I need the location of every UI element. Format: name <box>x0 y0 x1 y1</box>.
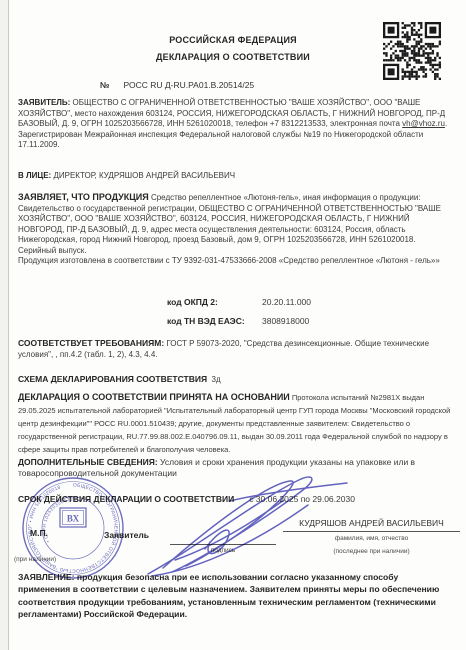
declares-label: ЗАЯВЛЯЕТ, ЧТО ПРОДУКЦИЯ <box>18 192 149 202</box>
in-person-label: В ЛИЦЕ: <box>18 171 51 180</box>
basis-section: ДЕКЛАРАЦИЯ О СООТВЕТСТВИИ ПРИНЯТА НА ОСН… <box>18 391 458 456</box>
applicant-section: ЗАЯВИТЕЛЬ: ОБЩЕСТВО С ОГРАНИЧЕННОЙ ОТВЕТ… <box>18 98 458 151</box>
applicant-text: ОБЩЕСТВО С ОГРАНИЧЕННОЙ ОТВЕТСТВЕННОСТЬЮ… <box>18 98 445 128</box>
compliance-label: СООТВЕТСТВУЕТ ТРЕБОВАНИЯМ: <box>18 338 164 348</box>
signature-applicant-label: Заявитель <box>104 530 149 540</box>
signatory-name-block: КУДРЯШОВ АНДРЕЙ ВАСИЛЬЕВИЧ фамилия, имя,… <box>283 518 460 555</box>
stamp-emblem: ВХ <box>60 508 86 527</box>
declaration-document: РОССИЙСКАЯ ФЕДЕРАЦИЯ ДЕКЛАРАЦИЯ О СООТВЕ… <box>0 0 466 650</box>
declaration-number: РОСС RU Д-RU.РА01.В.20514/25 <box>123 80 254 90</box>
tnved-code-row: код ТН ВЭД ЕАЭС: 3808918000 <box>167 316 309 326</box>
scheme-label: СХЕМА ДЕКЛАРИРОВАНИЯ СООТВЕТСТВИЯ <box>18 374 207 384</box>
validity-label: СРОК ДЕЙСТВИЯ ДЕКЛАРАЦИИ О СООТВЕТСТВИИ <box>18 494 234 504</box>
in-person-text: ДИРЕКТОР, КУДРЯШОВ АНДРЕЙ ВАСИЛЬЕВИЧ <box>51 171 235 180</box>
okpd-label: код ОКПД 2: <box>167 297 262 307</box>
mp-note: (при наличии) <box>14 556 56 563</box>
applicant-registered: Зарегистрирован Межрайонная инспекция Фе… <box>18 130 458 151</box>
name-caption-1: фамилия, имя, отчество <box>283 535 460 542</box>
signatory-name: КУДРЯШОВ АНДРЕЙ ВАСИЛЬЕВИЧ <box>283 518 460 532</box>
declares-serial: Серийный выпуск. <box>18 246 458 257</box>
validity-section: СРОК ДЕЙСТВИЯ ДЕКЛАРАЦИИ О СООТВЕТСТВИИс… <box>18 494 355 504</box>
mp-label: М.П. <box>30 528 48 538</box>
applicant-email-link[interactable]: vh@vhoz.ru <box>402 119 445 128</box>
qr-code <box>383 22 441 80</box>
name-caption-2: (последнее при наличии) <box>283 548 460 555</box>
declaration-number-line: №РОСС RU Д-RU.РА01.В.20514/25 <box>100 80 254 90</box>
okpd-value: 20.20.11.000 <box>262 297 311 307</box>
signature-line: подпись <box>170 544 276 554</box>
tnved-value: 3808918000 <box>262 316 309 326</box>
scheme-section: СХЕМА ДЕКЛАРИРОВАНИЯ СООТВЕТСТВИЯ 3д <box>18 374 458 386</box>
tnved-label: код ТН ВЭД ЕАЭС: <box>167 316 262 326</box>
additional-label: ДОПОЛНИТЕЛЬНЫЕ СВЕДЕНИЯ: <box>18 457 158 467</box>
statement-section: ЗАЯВЛЕНИЕ: продукция безопасна при ее ис… <box>18 571 446 621</box>
okpd-code-row: код ОКПД 2: 20.20.11.000 <box>167 297 311 307</box>
basis-text: Протокола испытаний №2981Х выдан 29.05.2… <box>18 393 450 454</box>
basis-label: ДЕКЛАРАЦИЯ О СООТВЕТСТВИИ ПРИНЯТА НА ОСН… <box>18 392 290 402</box>
number-sign: № <box>100 80 109 90</box>
applicant-text-tail: . <box>445 119 447 128</box>
declares-made-per: Продукция изготовлена в соответствии с Т… <box>18 256 458 267</box>
scan-edge-line <box>8 0 9 650</box>
declares-section: ЗАЯВЛЯЕТ, ЧТО ПРОДУКЦИЯ Средство репелле… <box>18 192 458 267</box>
svg-text:ВХ: ВХ <box>67 514 80 524</box>
in-person-section: В ЛИЦЕ: ДИРЕКТОР, КУДРЯШОВ АНДРЕЙ ВАСИЛЬ… <box>18 171 458 182</box>
statement-label: ЗАЯВЛЕНИЕ: <box>18 572 75 582</box>
signature-caption: подпись <box>170 547 276 554</box>
scan-edge-strip <box>0 0 8 650</box>
statement-text: продукция безопасна при ее использовании… <box>18 572 439 619</box>
validity-dates: с 30.06.2025 по 29.06.2030 <box>249 494 355 504</box>
applicant-label: ЗАЯВИТЕЛЬ: <box>18 98 70 107</box>
scheme-value: 3д <box>212 375 221 384</box>
stamp-inner-ring <box>42 497 104 559</box>
compliance-section: СООТВЕТСТВУЕТ ТРЕБОВАНИЯМ: ГОСТ Р 59073-… <box>18 338 458 360</box>
additional-section: ДОПОЛНИТЕЛЬНЫЕ СВЕДЕНИЯ: Условия и сроки… <box>18 457 458 479</box>
